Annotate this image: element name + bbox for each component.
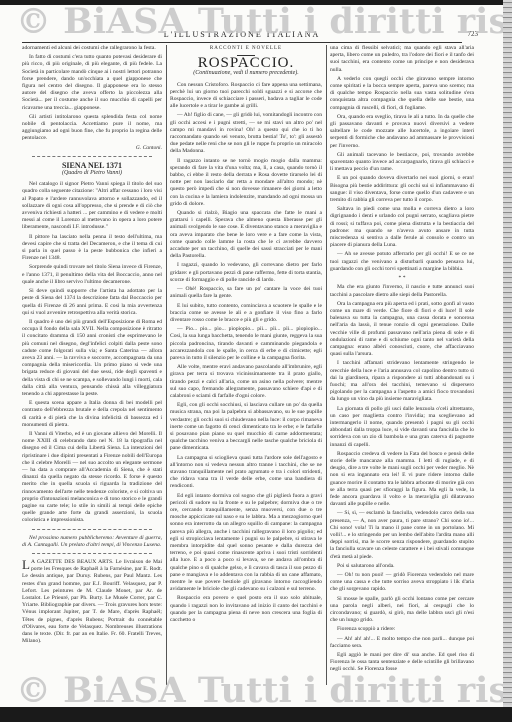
paragraph: — Ah! ah! ah!... E molto tempo che non p…	[330, 636, 474, 650]
paragraph: Fiorenza scoppiò a ridere:	[330, 626, 474, 633]
drop-cap: L	[22, 559, 30, 570]
paragraph: In fatto di costumi c'era tutto quanto p…	[22, 54, 162, 112]
gazette-notice: LA GAZETTE DES BEAUX ARTS. Le livraison …	[22, 559, 162, 645]
page-header: L'ILLUSTRAZIONE ITALIANA 723	[22, 27, 462, 41]
story-title: ROSPACCIO.	[170, 60, 322, 67]
section-divider	[32, 553, 152, 555]
section-divider	[32, 529, 152, 531]
paragraph: Alle volte, mentre eravi andavano pascol…	[170, 364, 322, 400]
paragraph: Ed egli intanto dormiva col sogno che gl…	[170, 493, 322, 594]
paragraph: A vederlo con quegli occhi che giravano …	[330, 76, 474, 112]
column-2: RACCONTI E NOVELLE ROSPACCIO. (Continuaz…	[170, 45, 322, 626]
section-divider	[32, 156, 152, 158]
paragraph: una cima di flessibi selvatici; ma quand…	[330, 45, 474, 74]
paragraph: Si mosse le spalle, parlò gli occhi lont…	[330, 596, 474, 625]
story-subtitle: (Continuazione, vedi il numero precedent…	[170, 70, 322, 77]
paragraph: E questa scena appare a Italia donna di …	[22, 400, 162, 429]
paragraph: Nel catalogo il signor Pietro Vanni spie…	[22, 181, 162, 231]
paragraph: — Si, sì, — esclamò la fanciulla, vedend…	[330, 510, 474, 560]
paragraph: — Pìo... pìo... pìo... pìopìopìo... pìì.…	[170, 326, 322, 362]
next-issue-announcement: Nel prossimo numero pubblicheremo: Avven…	[22, 535, 162, 549]
paragraph: Gli animali tacevano le bestiacce, poi, …	[330, 152, 474, 174]
paragraph: La campagna si scioglieva quasi tutta l'…	[170, 455, 322, 491]
paragraph: Rospaccio era povero e quel posto era il…	[170, 595, 322, 624]
page-edge	[503, 0, 512, 722]
header-rule	[22, 42, 462, 43]
gazette-text: A GAZETTE DES BEAUX ARTS. Le livraison d…	[22, 559, 162, 644]
copyright-watermark: © BiASA Tutti i diritti riservati	[16, 670, 512, 711]
paragraph: La giornata di pollo gli usci dalle lenz…	[330, 406, 474, 449]
article-subtitle: (Quadro di Pietro Vanni)	[22, 170, 162, 177]
paragraph: Con nessun Cristoforo. Rospaccio ci fare…	[170, 82, 322, 111]
paragraph: Quando si rialzò, Biagio una spaccata ch…	[170, 210, 322, 260]
paragraph: Egli, con gli occhi socchiusi, si lascia…	[170, 402, 322, 452]
paragraph: E un poi quando doveva divertarlo nei su…	[330, 175, 474, 204]
paragraph: Ora, quando era sveglio, tirava le ali a…	[330, 114, 474, 150]
article-title: SIENA NEL 1371	[22, 162, 162, 169]
paragraph: Si deve quindi supporre che l'artista ha…	[22, 288, 162, 317]
asterism-divider: * *	[330, 275, 474, 282]
paragraph: Saltava in piedi come una molla e correv…	[330, 206, 474, 249]
paragraph: adornamenti ed alcuni dei costumi che ra…	[22, 45, 162, 52]
column-1: adornamenti ed alcuni dei costumi che ra…	[22, 45, 162, 647]
bottom-scan-border	[0, 707, 512, 722]
signature: G. Cantoni.	[22, 145, 162, 152]
paragraph: Poi si salutarono all'onda.	[330, 563, 474, 570]
paragraph: Ora la campagna era più aperta ed i prat…	[330, 301, 474, 359]
paragraph: Il ragazzo intanto se ne tornò mogio mog…	[170, 158, 322, 208]
paragraph: — Ah! figlio di cane, — gli gridò lui, v…	[170, 112, 322, 155]
paragraph: E lui subito, tutto contento, cominciava…	[170, 303, 322, 325]
paragraph: Il Vanni di Viterbo, ed è un giovane all…	[22, 431, 162, 525]
column-divider	[166, 45, 167, 685]
paragraph: Ma che era giunto l'inverno, il nascio e…	[330, 284, 474, 298]
paragraph: Egli aggiò le mani per dire di' sua anch…	[330, 652, 474, 674]
publication-title: L'ILLUSTRAZIONE ITALIANA	[22, 30, 462, 39]
paragraph: Gli artisti intitolarono questa splendid…	[22, 114, 162, 143]
paragraph: I tacchini affamati stridevano lentament…	[330, 360, 474, 403]
newspaper-page: L'ILLUSTRAZIONE ITALIANA 723 adornamenti…	[0, 5, 506, 708]
paragraph: Il pittore ha lasciato nella penna il te…	[22, 234, 162, 263]
paragraph: Il quadro è uno dei più grandi dell'Espo…	[22, 319, 162, 398]
column-divider	[326, 45, 327, 685]
page-number: 723	[468, 30, 479, 38]
paragraph: I ragazzi, quando lo vedevano, gli corre…	[170, 262, 322, 284]
column-3: una cima di flessibi selvatici; ma quand…	[330, 45, 474, 676]
paragraph: — Ah se avesse potuto afferrarlo per gli…	[330, 251, 474, 273]
paragraph: — Oh! tu non puoi! — gridò Fiorenza vede…	[330, 572, 474, 594]
paragraph: — Ohè! Rospaccio, sa fare un po' cantare…	[170, 286, 322, 300]
section-label: RACCONTI E NOVELLE	[170, 45, 322, 52]
paragraph: Rospaccio credeva di vedere la Fata del …	[330, 451, 474, 509]
paragraph: Sorprende quindi trovare nel titolo Sien…	[22, 264, 162, 286]
